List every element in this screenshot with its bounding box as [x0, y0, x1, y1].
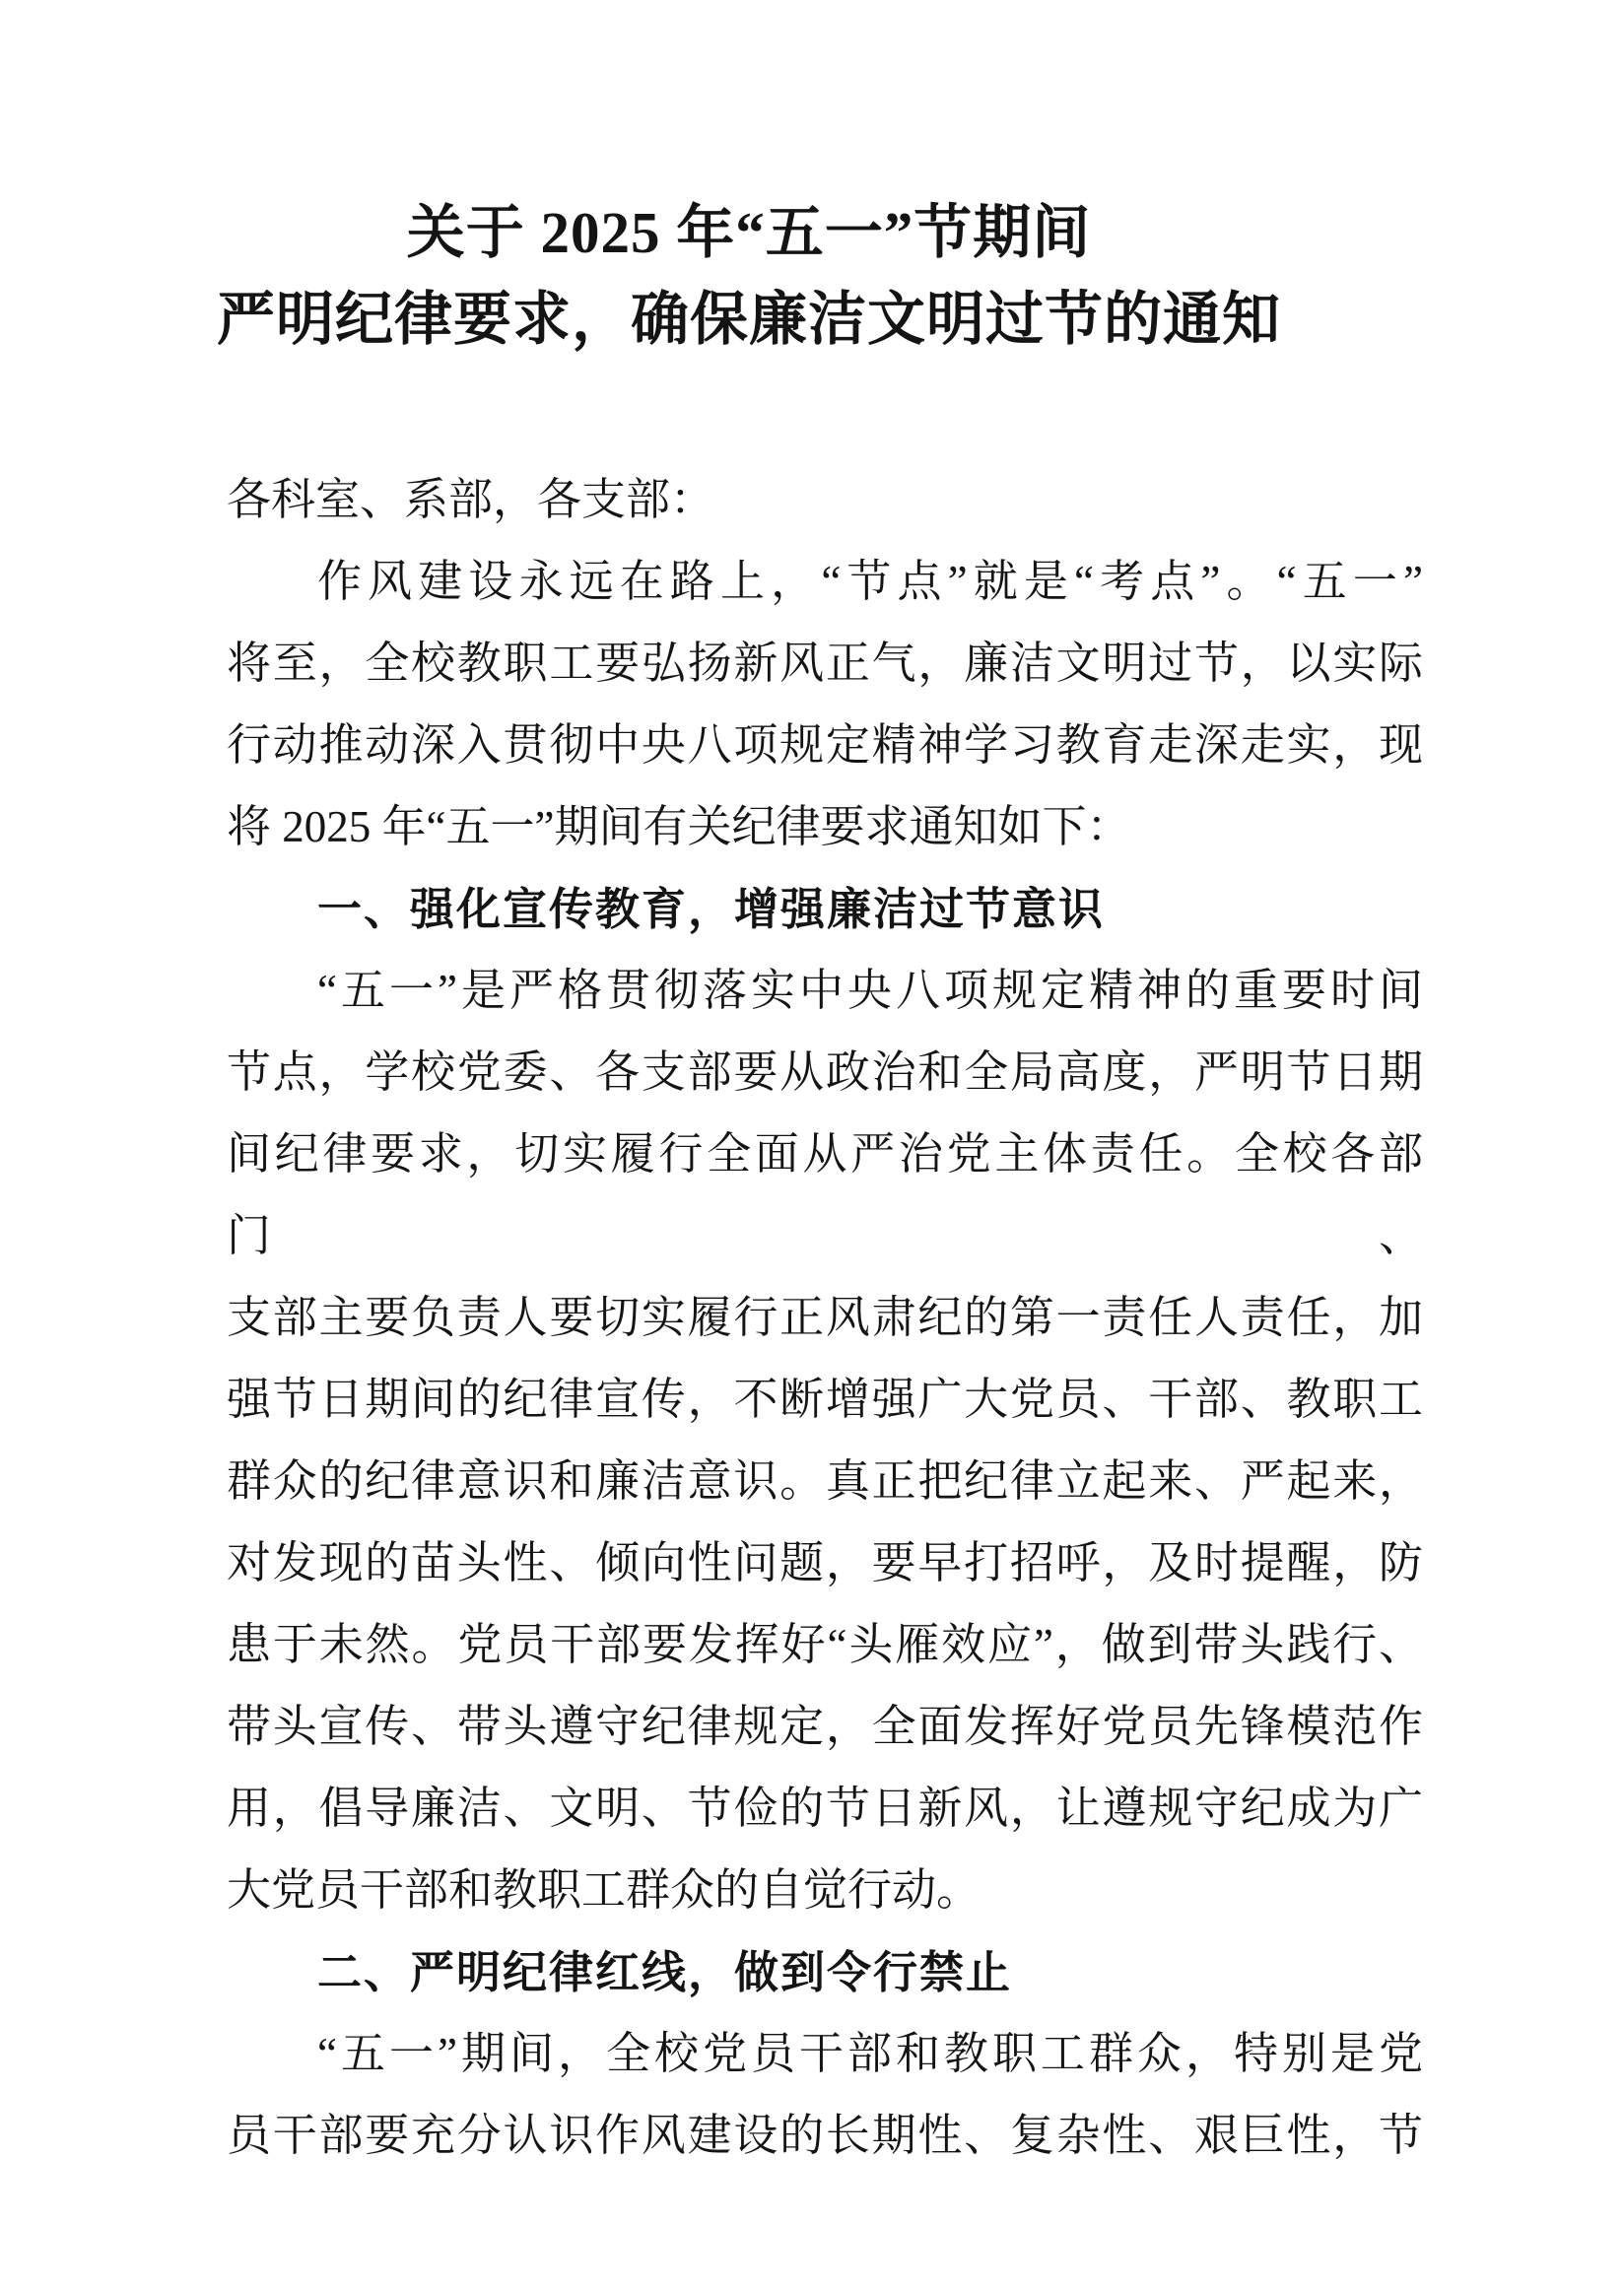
body-line: 群众的纪律意识和廉洁意识。真正把纪律立起来、严起来，	[227, 1441, 1423, 1522]
body-line: 用，倡导廉洁、文明、节俭的节日新风，让遵规守纪成为广	[227, 1768, 1423, 1850]
body-line: 节点，学校党委、各支部要从政治和全局高度，严明节日期	[227, 1032, 1423, 1113]
document-page: 关于 2025 年“五一”节期间 严明纪律要求，确保廉洁文明过节的通知 各科室、…	[0, 0, 1624, 2293]
title-line-1: 关于 2025 年“五一”节期间	[59, 189, 1439, 276]
body-line: “五一”期间，全校党员干部和教职工群众，特别是党	[227, 2013, 1423, 2095]
body-line: 行动推动深入贯彻中央八项规定精神学习教育走深走实，现	[227, 705, 1423, 786]
body-line: 间纪律要求，切实履行全面从严治党主体责任。全校各部门、	[227, 1113, 1423, 1277]
body-line: 带头宣传、带头遵守纪律规定，全面发挥好党员先锋模范作	[227, 1686, 1423, 1768]
section-heading-1: 一、强化宣传教育，增强廉洁过节意识	[227, 868, 1423, 950]
body-line: 支部主要负责人要切实履行正风肃纪的第一责任人责任，加	[227, 1277, 1423, 1359]
body-line: 对发现的苗头性、倾向性问题，要早打招呼，及时提醒，防	[227, 1522, 1423, 1604]
section-heading-2: 二、严明纪律红线，做到令行禁止	[227, 1931, 1423, 2013]
body-line: 患于未然。党员干部要发挥好“头雁效应”，做到带头践行、	[227, 1604, 1423, 1686]
body-line: “五一”是严格贯彻落实中央八项规定精神的重要时间	[227, 950, 1423, 1032]
document-title: 关于 2025 年“五一”节期间 严明纪律要求，确保廉洁文明过节的通知	[59, 189, 1439, 363]
body-line: 将至，全校教职工要弘扬新风正气，廉洁文明过节，以实际	[227, 623, 1423, 705]
body-line: 作风建设永远在路上，“节点”就是“考点”。“五一”	[227, 541, 1423, 623]
body-line: 将 2025 年“五一”期间有关纪律要求通知如下：	[227, 786, 1423, 868]
salutation-line: 各科室、系部，各支部：	[227, 459, 1423, 541]
body-line: 强节日期间的纪律宣传，不断增强广大党员、干部、教职工	[227, 1359, 1423, 1441]
body-line: 大党员干部和教职工群众的自觉行动。	[227, 1850, 1423, 1931]
body-line: 员干部要充分认识作风建设的长期性、复杂性、艰巨性，节	[227, 2095, 1423, 2177]
document-body: 各科室、系部，各支部： 作风建设永远在路上，“节点”就是“考点”。“五一” 将至…	[227, 459, 1423, 2177]
title-line-2: 严明纪律要求，确保廉洁文明过节的通知	[59, 276, 1439, 363]
